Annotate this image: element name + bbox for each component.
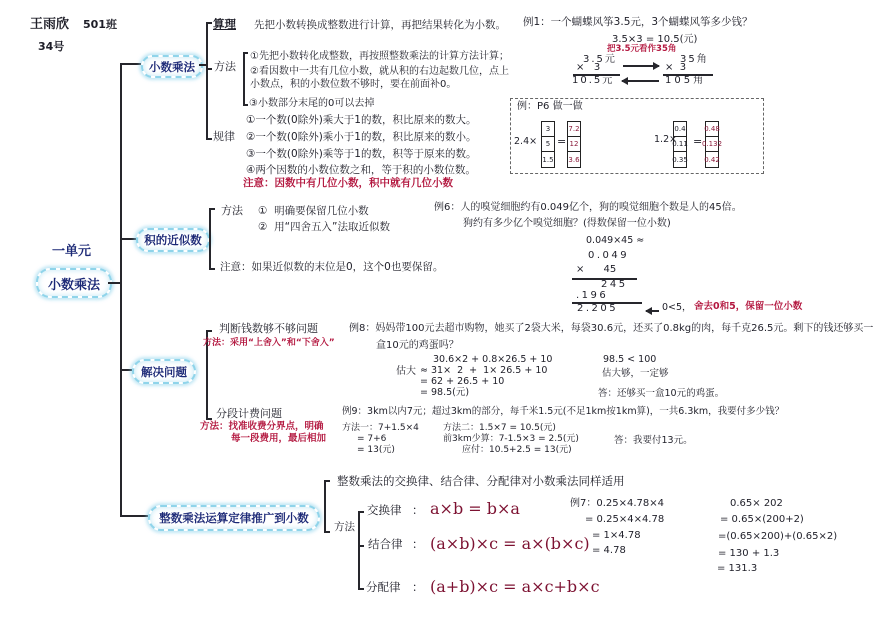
estimate-step: = 98.5(元) <box>420 388 469 399</box>
example8-question: 盒10元的鸡蛋吗？ <box>376 340 459 352</box>
solution1-step: = 7+6 <box>357 434 386 444</box>
calc-multiplier: × 3 <box>576 62 600 74</box>
solution2-step: 前3km少算：7-1.5×3 = 2.5(元) <box>443 434 579 444</box>
bracket-tick <box>209 268 215 270</box>
law-name-commutative: 交换律 <box>367 504 402 517</box>
method-item: ② 用“四舍五入”法取近似数 <box>258 221 390 233</box>
calc-top: 0.049 <box>588 250 629 262</box>
student-name: 王雨欣 <box>30 18 69 33</box>
bracket-tick <box>206 330 212 332</box>
result-cell: 7.2 <box>568 122 580 137</box>
method-item: ②看因数中一共有几位小数，就从积的右边起数几位，点上 <box>250 66 509 78</box>
student-number: 34号 <box>38 41 64 54</box>
example7b-step: =(0.65×200)+(0.65×2) <box>718 531 837 543</box>
calc-multiplier: × 3 <box>665 62 686 74</box>
calc-result: 2.205 <box>577 303 618 315</box>
calc-partial: .196 <box>576 290 608 302</box>
equals-sign: = <box>693 136 702 149</box>
solution2-step: 应付：10.5+2.5 = 13(元) <box>462 445 572 455</box>
branch-title: 小数乘法 <box>149 59 195 75</box>
calc-result: 10.5元 <box>572 75 614 87</box>
practice-result-column: 7.2 12 3.6 <box>567 121 581 168</box>
law-separator: ： <box>412 538 424 551</box>
law-formula-associative: (a×b)×c = a×(b×c) <box>430 535 590 553</box>
suanli-text: 先把小数转换成整数进行计算，再把结果转化为小数。 <box>254 19 506 31</box>
calc-result: 105角 <box>665 75 706 87</box>
input-cell: 0.11 <box>674 137 686 152</box>
law-formula-distributive: (a+b)×c = a×c+b×c <box>430 578 600 596</box>
law-separator: ： <box>412 581 424 594</box>
bracket-tick <box>324 480 330 482</box>
bracket-tick <box>358 588 364 590</box>
rounding-condition: 0<5， <box>662 303 692 314</box>
example7b-step: = 0.65×(200+2) <box>720 514 804 526</box>
example7-step: = 0.25×4×4.78 <box>585 514 664 526</box>
money-problem-label: 判断钱数够不够问题 <box>219 323 318 336</box>
result-cell: 0.48 <box>706 122 718 137</box>
method-item-continued: 小数点，积的小数位数不够时，要在前面补0。 <box>250 79 456 91</box>
conclusion: 估大够，一定够 <box>602 369 669 380</box>
example7b-step: 0.65× 202 <box>730 498 783 510</box>
method-label: 方法 <box>214 61 236 74</box>
solution2-step: 方法二：1.5×7 = 10.5(元) <box>443 423 556 433</box>
example6-question: 例6：人的嗅觉细胞约有0.049亿个，狗的嗅觉细胞个数是人的45倍。 <box>434 202 742 214</box>
example7-step: = 1×4.78 <box>592 530 641 542</box>
estimate-label: 估大 <box>396 366 416 378</box>
bracket-tick <box>243 52 248 54</box>
arrow-left-icon <box>646 310 659 312</box>
tiered-pricing-method: 方法：找准收费分界点，明确 <box>200 422 324 433</box>
laws-summary: 整数乘法的交换律、结合律、分配律对小数乘法同样适用 <box>337 475 625 488</box>
input-cell: 0.35 <box>674 152 686 167</box>
rule-item: ③一个数(0除外)乘等于1的数，积等于原来的数。 <box>246 148 476 160</box>
bracket-tick <box>358 511 364 513</box>
bracket-tick <box>209 208 215 210</box>
root-node: 小数乘法 <box>36 268 112 298</box>
example6-equation: 0.049×45 ≈ <box>586 236 644 247</box>
rounding-explanation: 舍去0和5，保留一位小数 <box>694 302 802 313</box>
law-name-distributive: 分配律 <box>366 581 401 594</box>
comparison: 98.5 < 100 <box>603 355 656 366</box>
bracket-tick <box>206 418 212 420</box>
result-cell: 12 <box>568 137 580 152</box>
branch-connector-2 <box>120 238 136 240</box>
law-name-associative: 结合律 <box>368 538 403 551</box>
example9-answer: 答：我要付13元。 <box>614 436 693 447</box>
arrow-left-icon <box>622 80 659 82</box>
example1-hint: 把3.5元看作35角 <box>607 45 676 55</box>
method-item: ①先把小数转化成整数，再按照整数乘法的计算方法计算； <box>250 51 509 63</box>
rules-note: 注意：因数中有几位小数，积中就有几位小数 <box>243 177 453 189</box>
root-title: 小数乘法 <box>48 274 100 293</box>
branch-node-problem-solving: 解决问题 <box>132 359 196 384</box>
suanli-label: 算理 <box>213 18 236 31</box>
rule-item: ①一个数(0除外)乘大于1的数，积比原来的数大。 <box>246 114 476 126</box>
unit-label: 一单元 <box>52 245 91 260</box>
example9-question: 例9：3km以内7元；超过3km的部分，每千米1.5元(不足1km按1km算)，… <box>342 407 784 418</box>
arrow-right-icon <box>623 65 659 67</box>
branch-node-decimal-multiplication: 小数乘法 <box>141 55 203 78</box>
input-cell: 1.5 <box>542 152 554 167</box>
input-cell: 0.4 <box>674 122 686 137</box>
law-formula-commutative: a×b = b×a <box>430 500 520 518</box>
input-cell: 3 <box>542 122 554 137</box>
bracket-tick <box>206 22 212 24</box>
calc-multiplier: × 45 <box>576 264 616 276</box>
tiered-pricing-method: 每一段费用，最后相加 <box>231 434 326 445</box>
bracket-tick <box>243 104 248 106</box>
tiered-pricing-label: 分段计费问题 <box>216 408 282 421</box>
example8-answer: 答：还够买一盒10元的鸡蛋。 <box>598 389 724 400</box>
law-separator: ： <box>412 504 424 517</box>
calc-partial: 245 <box>601 279 628 291</box>
section4-bracket <box>324 480 326 532</box>
method-item: ③小数部分末尾的0可以去掉 <box>249 98 374 110</box>
bracket-tick <box>206 138 212 140</box>
solution1-step: = 13(元) <box>357 445 395 455</box>
method-label: 方法 <box>334 521 355 533</box>
example8-question: 例8：妈妈带100元去超市购物，她买了2袋大米，每袋30.6元，还买了0.8kg… <box>349 323 873 335</box>
bracket-tick <box>358 545 364 547</box>
branch-node-approximate-product: 积的近似数 <box>136 228 210 252</box>
branch-title: 整数乘法运算定律推广到小数 <box>159 510 309 526</box>
solution1-step: 方法一：7+1.5×4 <box>342 423 419 433</box>
rule-item: ④两个因数的小数位数之和，等于积的小数位数。 <box>246 164 476 176</box>
trunk-line <box>120 63 122 516</box>
example7b-step: = 130 + 1.3 <box>718 548 779 560</box>
method-bracket <box>243 52 245 105</box>
branch-title: 积的近似数 <box>144 232 202 248</box>
class-name: 501班 <box>83 19 117 32</box>
result-cell: 0.42 <box>706 152 718 167</box>
branch-connector-4 <box>120 515 148 517</box>
equals-sign: = <box>557 136 566 149</box>
branch-connector-3 <box>120 369 132 371</box>
branch-title: 解决问题 <box>141 364 187 380</box>
input-cell: 5 <box>542 137 554 152</box>
practice-input-column: 0.4 0.11 0.35 <box>673 121 687 168</box>
section2-bracket <box>209 208 211 269</box>
bracket-tick <box>206 68 212 70</box>
practice-title: 例：P6 做一做 <box>517 101 583 113</box>
example1-question: 例1：一个蝴蝶风筝3.5元，3个蝴蝶风筝多少钱？ <box>523 16 753 28</box>
method-item: ① 明确要保留几位小数 <box>258 205 369 217</box>
section2-note: 注意：如果近似数的末位是0，这个0也要保留。 <box>220 261 443 273</box>
rules-label: 规律 <box>213 131 235 144</box>
example7b-step: = 131.3 <box>717 563 757 575</box>
example7-step: = 4.78 <box>592 545 626 557</box>
practice-factor: 2.4× <box>514 137 537 148</box>
result-cell: 0.132 <box>706 137 718 152</box>
method-label: 方法 <box>221 205 243 218</box>
practice-input-column: 3 5 1.5 <box>541 121 555 168</box>
laws-bracket <box>358 511 360 589</box>
branch-node-multiplication-laws: 整数乘法运算定律推广到小数 <box>148 505 320 531</box>
money-problem-method: 方法：采用“上舍入”和“下舍入” <box>203 338 335 348</box>
example7-step: 例7：0.25×4.78×4 <box>570 498 664 510</box>
section1-bracket <box>206 22 208 139</box>
branch-connector-1 <box>120 63 141 65</box>
example6-question: 狗约有多少亿个嗅觉细胞？(得数保留一位小数) <box>463 218 671 230</box>
rule-item: ②一个数(0除外)乘小于1的数，积比原来的数小。 <box>246 131 476 143</box>
result-cell: 3.6 <box>568 152 580 167</box>
bracket-tick <box>324 531 330 533</box>
practice-result-column: 0.48 0.132 0.42 <box>705 121 719 168</box>
